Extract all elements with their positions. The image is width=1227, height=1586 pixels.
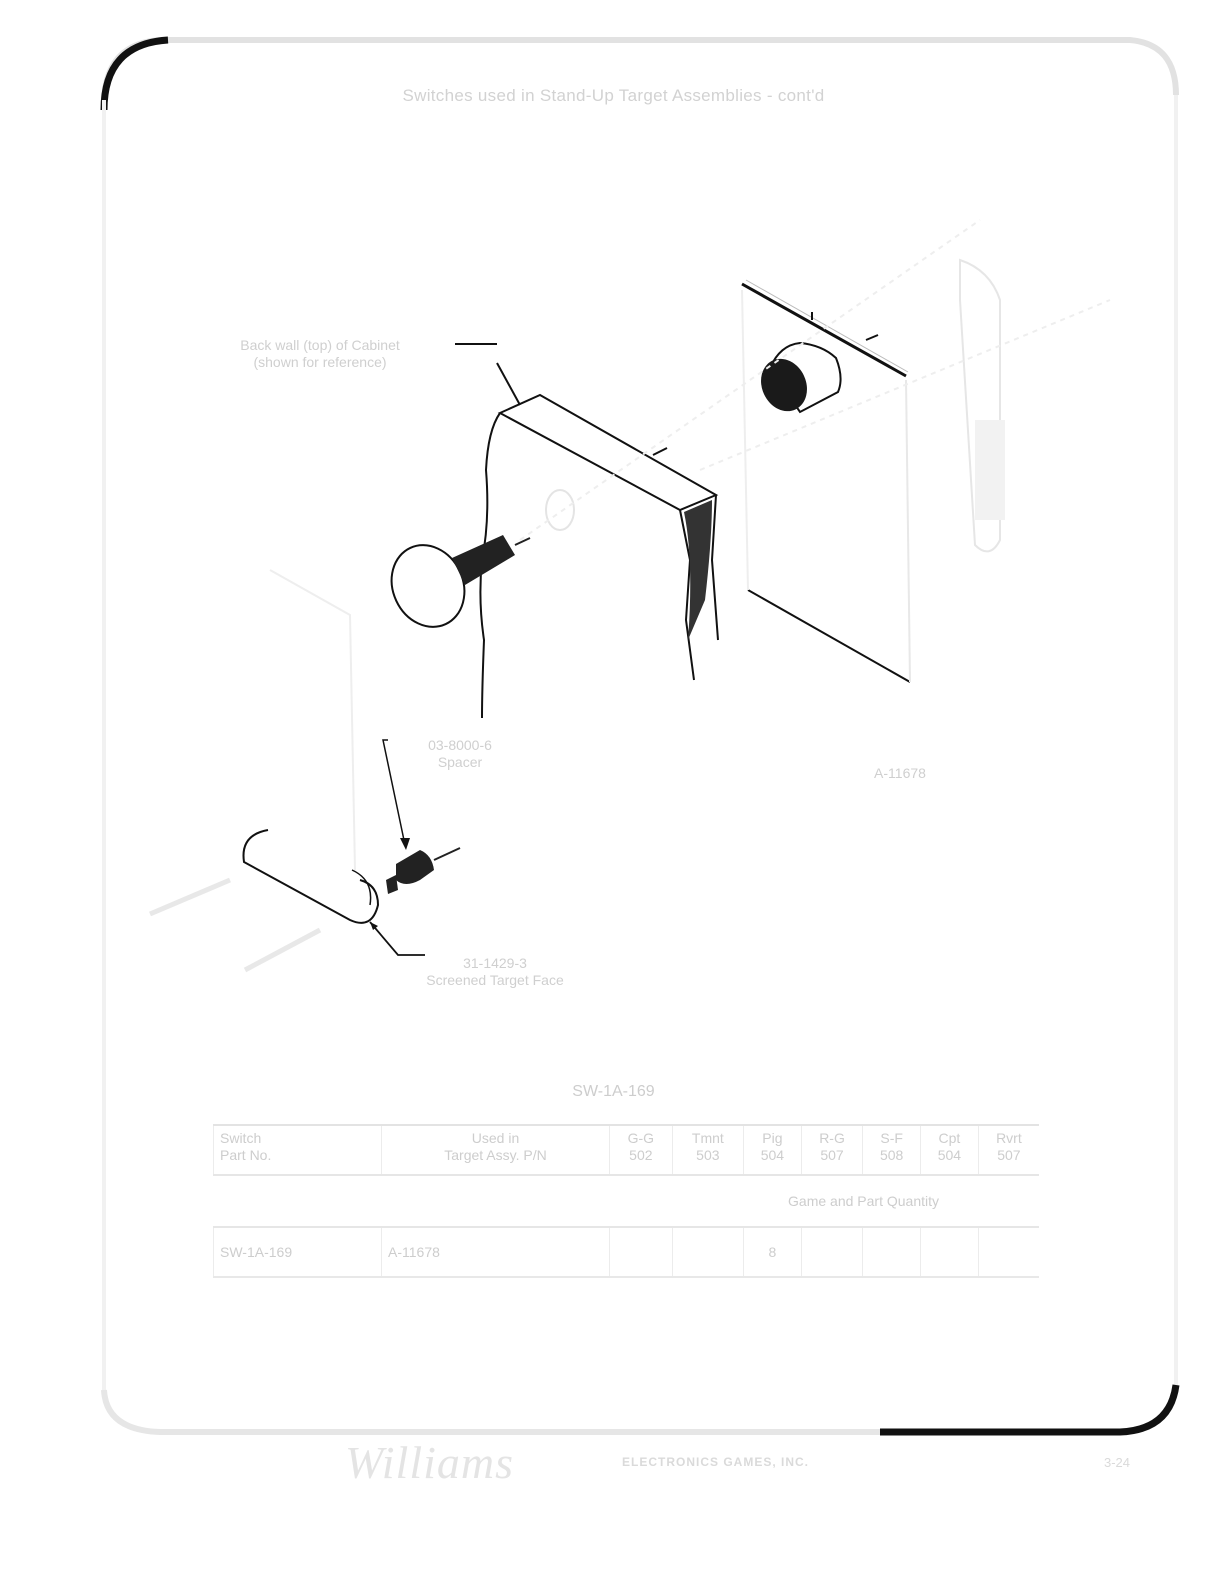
company-name: ELECTRONICS GAMES, INC.: [622, 1455, 809, 1469]
callout-assembly: A-11678: [855, 765, 945, 782]
callout-cabinet-line1: Back wall (top) of Cabinet: [190, 337, 450, 354]
switch-plate-drawing: [742, 280, 910, 682]
table-subheader-row: Game and Part Quantity: [214, 1175, 1040, 1227]
callout-cabinet-line2: (shown for reference): [190, 354, 450, 371]
table-header-row: SwitchPart No. Used inTarget Assy. P/N G…: [214, 1125, 1040, 1175]
cell-qty: [978, 1227, 1039, 1277]
callout-spacer: 03-8000-6 Spacer: [400, 737, 520, 771]
header-game-5: S-F508: [863, 1125, 921, 1175]
switch-parts-table: SwitchPart No. Used inTarget Assy. P/N G…: [213, 1124, 1039, 1278]
header-switch: SwitchPart No.: [214, 1125, 382, 1175]
cell-qty: 8: [744, 1227, 802, 1277]
callout-spacer-line1: 03-8000-6: [400, 737, 520, 754]
cell-qty: [801, 1227, 862, 1277]
stand-up-target-diagram: [0, 0, 1227, 1100]
table-row: SW-1A-169 A-11678 8: [214, 1227, 1040, 1277]
callout-target-line2: Screened Target Face: [385, 972, 605, 989]
page-number: 3-24: [1104, 1455, 1130, 1470]
header-game-7: Rvrt507: [978, 1125, 1039, 1175]
header-game-1: G-G502: [610, 1125, 673, 1175]
callout-target-face: 31-1429-3 Screened Target Face: [385, 955, 605, 989]
header-game-2: Tmnt503: [672, 1125, 743, 1175]
cell-qty: [672, 1227, 743, 1277]
table-title: SW-1A-169: [0, 1083, 1227, 1101]
header-used-in: Used inTarget Assy. P/N: [382, 1125, 610, 1175]
cell-qty: [610, 1227, 673, 1277]
williams-logo: Williams: [345, 1436, 514, 1489]
cell-switch: SW-1A-169: [214, 1227, 382, 1277]
header-game-6: Cpt504: [921, 1125, 979, 1175]
header-game-3: Pig504: [744, 1125, 802, 1175]
callout-spacer-line2: Spacer: [400, 754, 520, 771]
target-knob-drawing: [379, 490, 574, 639]
callout-target-line1: 31-1429-3: [385, 955, 605, 972]
game-part-quantity-label: Game and Part Quantity: [214, 1175, 1040, 1227]
cell-qty: [863, 1227, 921, 1277]
cell-qty: [921, 1227, 979, 1277]
callout-cabinet: Back wall (top) of Cabinet (shown for re…: [190, 337, 450, 371]
header-game-4: R-G507: [801, 1125, 862, 1175]
cell-assy: A-11678: [382, 1227, 610, 1277]
cabinet-wall-drawing: [455, 344, 718, 718]
